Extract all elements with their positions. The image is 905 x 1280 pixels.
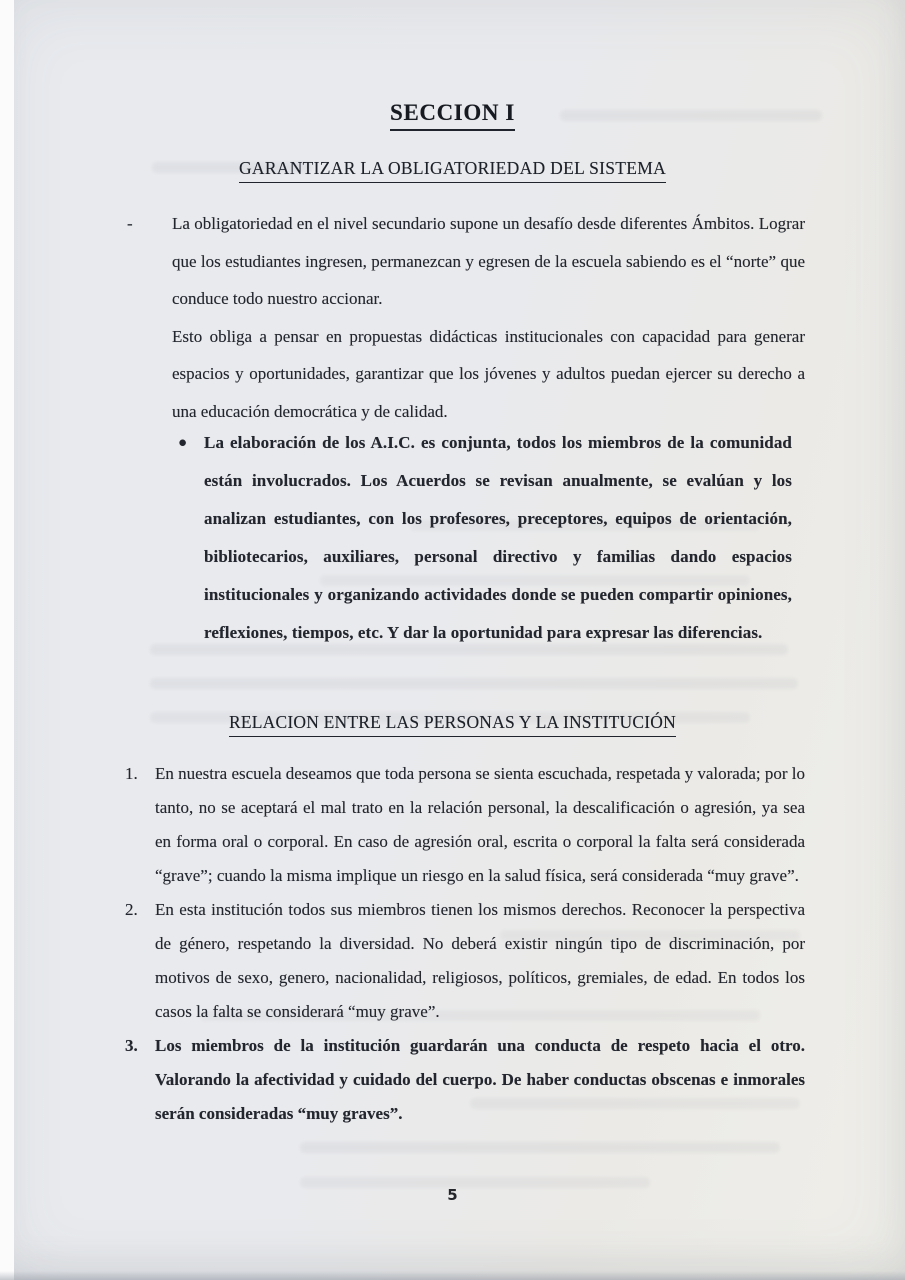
section-subtitle: GARANTIZAR LA OBLIGATORIEDAD DEL SISTEMA: [15, 158, 890, 183]
page-bottom-edge: [0, 1271, 905, 1280]
intro-block: - La obligatoriedad en el nivel secundar…: [127, 205, 805, 430]
section-title-text: SECCION I: [390, 100, 515, 131]
bullet-paragraph: La elaboración de los A.I.C. es conjunta…: [204, 424, 792, 652]
bleed-through-line: [300, 1142, 780, 1153]
list-item: 1. En nuestra escuela deseamos que toda …: [125, 757, 805, 893]
section-title: SECCION I: [15, 100, 890, 131]
bullet-icon: ●: [178, 424, 204, 652]
relation-heading: RELACION ENTRE LAS PERSONAS Y LA INSTITU…: [15, 712, 890, 737]
item-text: En nuestra escuela deseamos que toda per…: [155, 757, 805, 893]
section-subtitle-text: GARANTIZAR LA OBLIGATORIEDAD DEL SISTEMA: [239, 158, 666, 183]
item-text: Los miembros de la institución guardarán…: [155, 1029, 805, 1131]
item-number: 1.: [125, 757, 155, 893]
list-item: 3. Los miembros de la institución guarda…: [125, 1029, 805, 1131]
relation-heading-text: RELACION ENTRE LAS PERSONAS Y LA INSTITU…: [229, 712, 676, 737]
dash-marker: -: [127, 205, 172, 430]
item-number: 2.: [125, 893, 155, 1029]
list-item: 2. En esta institución todos sus miembro…: [125, 893, 805, 1029]
intro-paragraphs: La obligatoriedad en el nivel secundario…: [172, 205, 805, 430]
bleed-through-line: [150, 678, 798, 689]
intro-paragraph: Esto obliga a pensar en propuestas didác…: [172, 318, 805, 431]
intro-paragraph: La obligatoriedad en el nivel secundario…: [172, 205, 805, 318]
item-text: En esta institución todos sus miembros t…: [155, 893, 805, 1029]
item-number: 3.: [125, 1029, 155, 1131]
relation-list: 1. En nuestra escuela deseamos que toda …: [125, 757, 805, 1131]
page-left-edge: [0, 0, 14, 1280]
page-number: 5: [0, 1186, 905, 1204]
bullet-paragraph-wrap: La elaboración de los A.I.C. es conjunta…: [204, 424, 792, 652]
bullet-block: ● La elaboración de los A.I.C. es conjun…: [178, 424, 792, 652]
